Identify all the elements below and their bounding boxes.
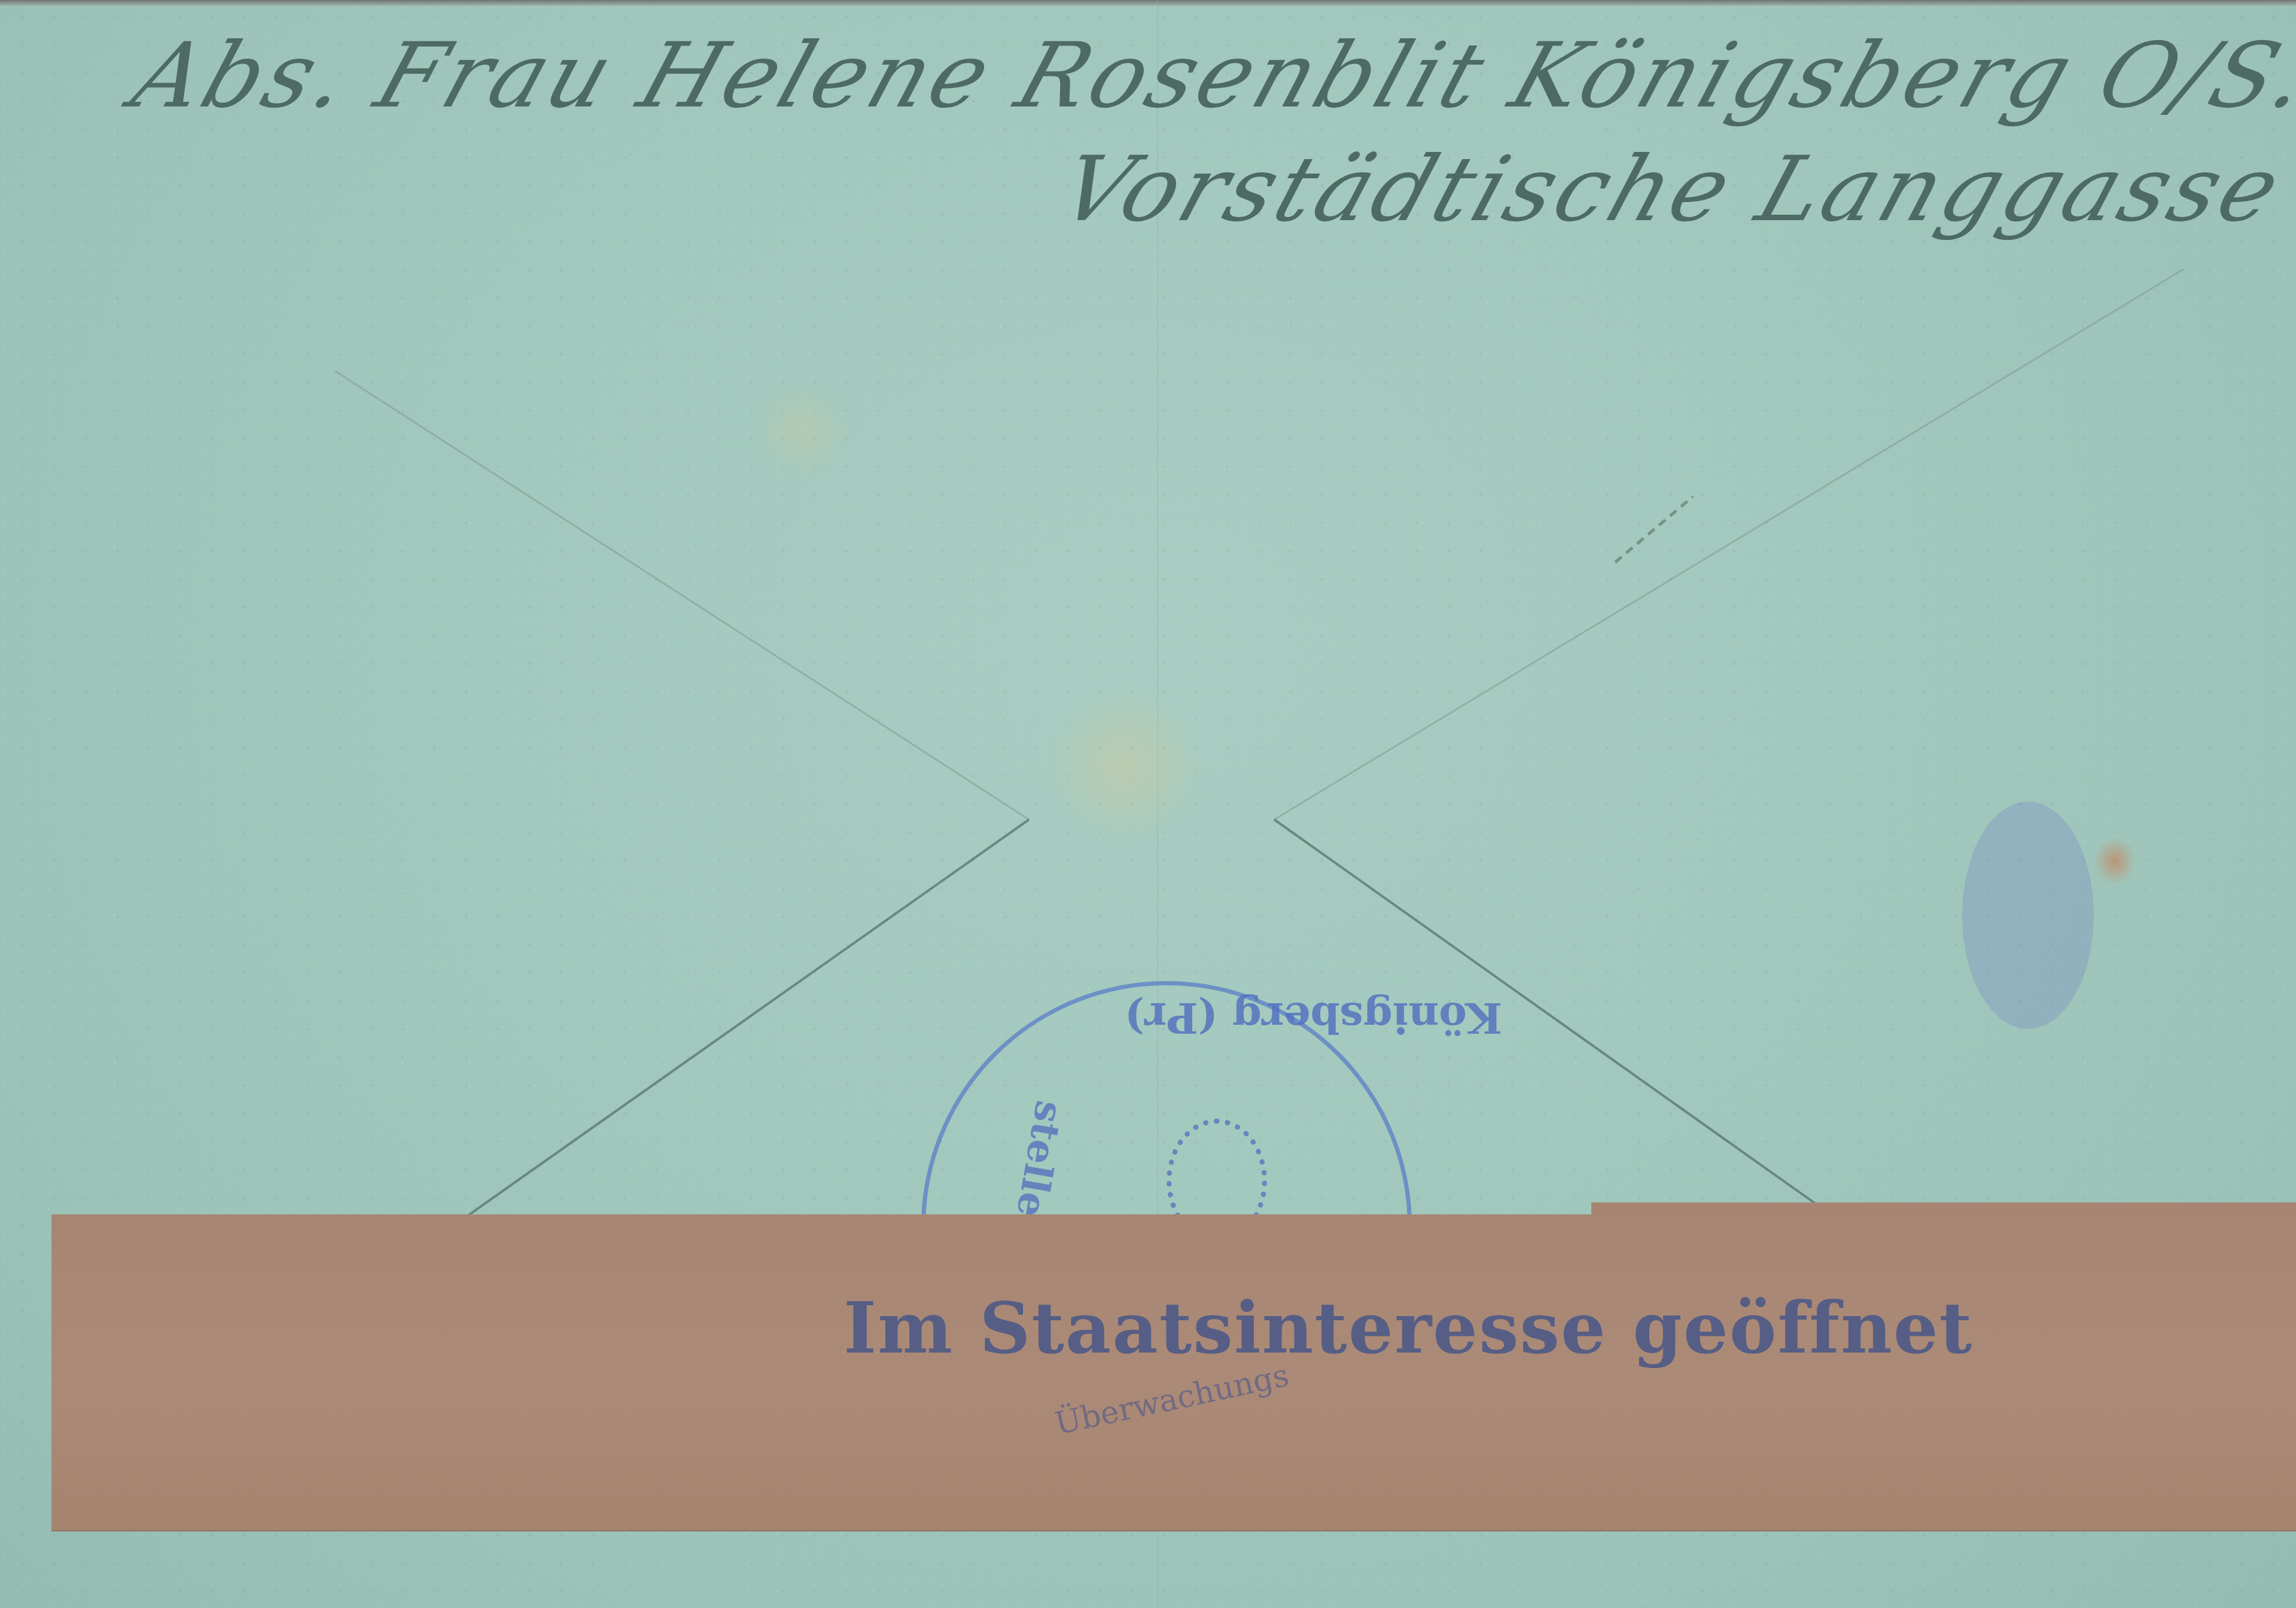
- censor-text: Im Staatsinteresse geöffnet: [844, 1286, 1973, 1369]
- envelope-back: Abs. Frau Helene Rosenblit Königsberg O/…: [0, 0, 2296, 1608]
- stain: [1047, 688, 1202, 843]
- censor-strip: [51, 1214, 2296, 1531]
- ink-smudge: [1962, 802, 2094, 1029]
- stain: [2094, 837, 2136, 885]
- sender-line-2: Vorstädtische Langgasse 114.: [1048, 138, 2296, 242]
- postmark-top-text: Königsberg (Pr): [1125, 993, 1502, 1043]
- sender-line-1: Abs. Frau Helene Rosenblit Königsberg O/…: [121, 24, 2296, 128]
- stain: [754, 383, 849, 479]
